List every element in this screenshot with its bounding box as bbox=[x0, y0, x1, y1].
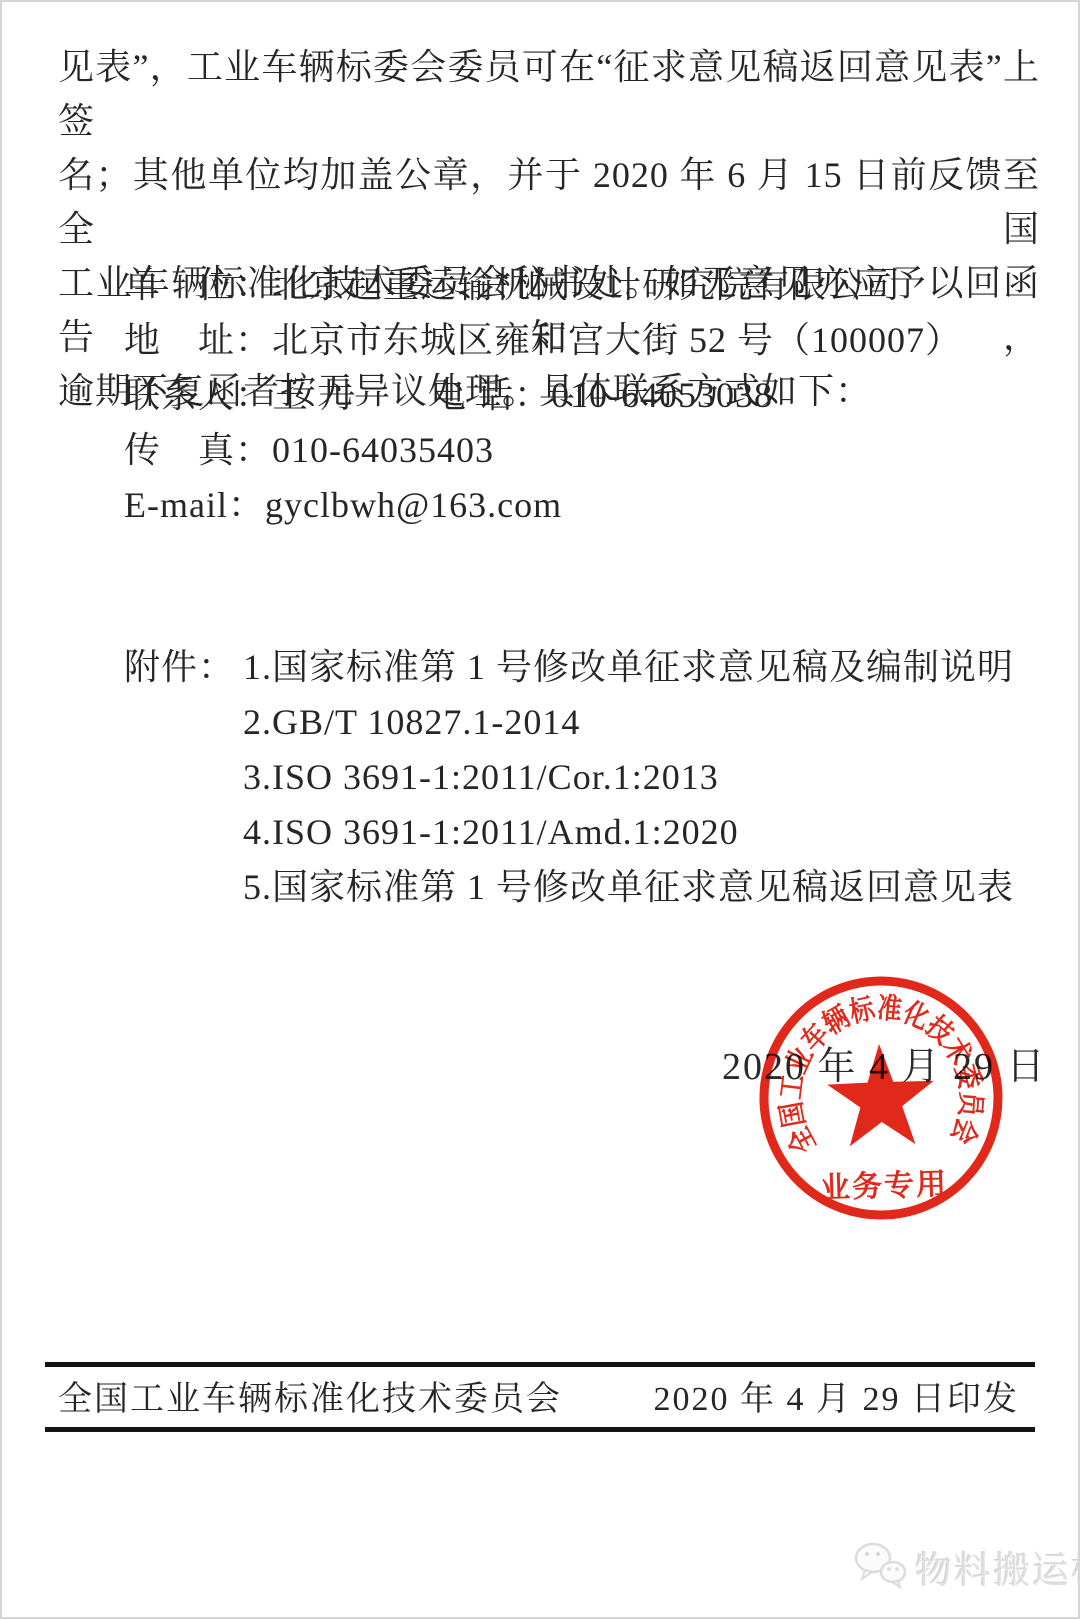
attachment-item: 2.GB/T 10827.1-2014 bbox=[243, 695, 1014, 750]
attachment-block: 附件： 1.国家标准第 1 号修改单征求意见稿及编制说明 2.GB/T 1082… bbox=[124, 640, 1014, 915]
footer-date-issued: 2020 年 4 月 29 日印发 bbox=[654, 1371, 1020, 1420]
attachment-item: 1.国家标准第 1 号修改单征求意见稿及编制说明 bbox=[243, 640, 1014, 695]
contact-person-phone-line: 联系人：王 丹 电 话：010-64053038 bbox=[124, 368, 962, 423]
seal-bottom-text: 业务专用 bbox=[819, 1167, 948, 1205]
attachment-label: 附件： bbox=[124, 640, 235, 695]
attachment-item: 3.ISO 3691-1:2011/Cor.1:2013 bbox=[243, 750, 1014, 805]
official-seal: 全国工业车辆标准化技术委员会 业务专用 bbox=[746, 968, 1017, 1231]
attachment-items: 1.国家标准第 1 号修改单征求意见稿及编制说明 2.GB/T 10827.1-… bbox=[243, 640, 1014, 915]
attachment-item: 4.ISO 3691-1:2011/Amd.1:2020 bbox=[243, 805, 1014, 860]
seal-date: 2020 年 4 月 29 日 bbox=[722, 1046, 1047, 1088]
contact-address-line: 地 址：北京市东城区雍和宫大街 52 号（100007） bbox=[124, 313, 962, 368]
wechat-icon bbox=[852, 1541, 908, 1594]
watermark-text: 物料搬运机 bbox=[915, 1540, 1080, 1594]
paragraph-line: 名；其他单位均加盖公章，并于 2020 年 6 月 15 日前反馈至全国 bbox=[58, 148, 1040, 256]
footer-rule-bottom bbox=[45, 1427, 1035, 1432]
contact-fax-line: 传 真：010-64035403 bbox=[124, 423, 962, 478]
footer-org: 全国工业车辆标准化技术委员会 bbox=[58, 1371, 562, 1420]
contact-unit-line: 单 位：北京起重运输机械设计研究院有限公司 bbox=[124, 258, 962, 313]
contact-email-line: E-mail：gyclbwh@163.com bbox=[124, 478, 962, 533]
attachment-item: 5.国家标准第 1 号修改单征求意见稿返回意见表 bbox=[243, 860, 1014, 915]
footer-rule-top bbox=[45, 1362, 1035, 1367]
watermark: 物料搬运机 bbox=[852, 1540, 1080, 1594]
contact-block: 单 位：北京起重运输机械设计研究院有限公司 地 址：北京市东城区雍和宫大街 52… bbox=[124, 258, 962, 533]
footer-row: 全国工业车辆标准化技术委员会 2020 年 4 月 29 日印发 bbox=[45, 1371, 1035, 1419]
paragraph-line: 见表”，工业车辆标委会委员可在“征求意见稿返回意见表”上签 bbox=[58, 40, 1040, 148]
